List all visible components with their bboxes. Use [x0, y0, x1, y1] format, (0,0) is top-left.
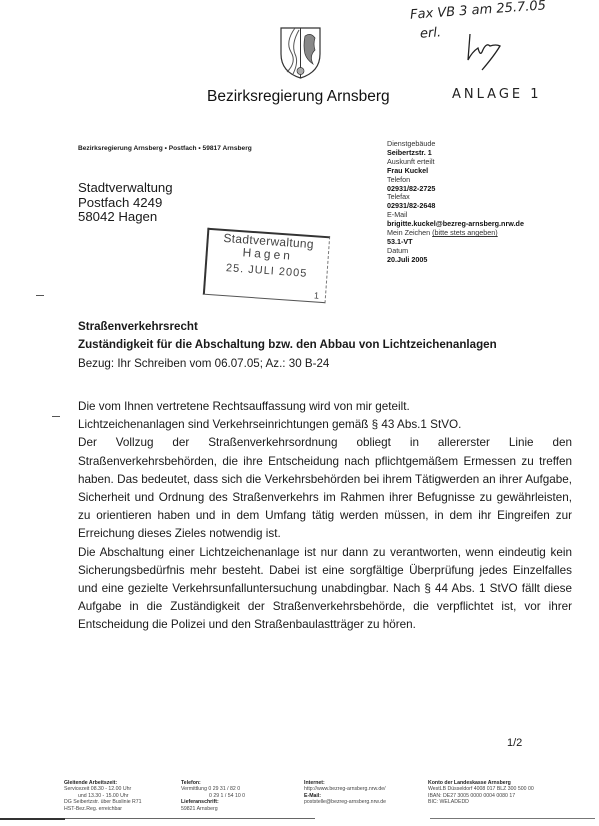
- scan-edge: [65, 818, 315, 819]
- recipient-line: Stadtverwaltung: [78, 181, 173, 196]
- body-paragraph: Der Vollzug der Straßenverkehrsordnung o…: [78, 434, 572, 543]
- footer-hours-title: Gleitende Arbeitszeit:: [64, 780, 117, 786]
- footer-delivery-title: Lieferanschrift:: [181, 799, 219, 805]
- footer-line: HST-Bez.Reg. erreichbar: [64, 806, 142, 812]
- nrw-coat-of-arms-icon: [279, 26, 322, 80]
- recipient-line: 58042 Hagen: [78, 210, 173, 225]
- authority-name: Bezirksregierung Arnsberg: [207, 88, 390, 106]
- footer-phone-title: Telefon:: [181, 780, 201, 786]
- recipient-address: Stadtverwaltung Postfach 4249 58042 Hage…: [78, 181, 173, 225]
- info-label-text: Mein Zeichen: [387, 228, 430, 237]
- footer-email-title: E-Mail:: [304, 793, 321, 799]
- scan-edge: [430, 818, 595, 819]
- footer-line: DG Seibertzstr. über Buslinie R71: [64, 799, 142, 805]
- scan-edge: [0, 818, 65, 820]
- body-paragraph: Die vom Ihnen vertretene Rechtsauffassun…: [78, 398, 572, 416]
- contact-info-block: Dienstgebäude Seibertzstr. 1 Auskunft er…: [387, 140, 524, 265]
- info-value: 02931/82-2648: [387, 202, 524, 211]
- footer-email-link[interactable]: poststelle@bezreg-arnsberg.nrw.de: [304, 799, 386, 805]
- footer-line: WestLB Düsseldorf 4008 017 BLZ 300 500 0…: [428, 786, 534, 792]
- footer-line: BIC: WELADEDD: [428, 799, 534, 805]
- footer-internet: Internet: http://www.bezreg-arnsberg.nrw…: [304, 780, 386, 806]
- info-label-note: (bitte stets angeben): [432, 228, 498, 237]
- subject-category: Straßenverkehrsrecht: [78, 320, 198, 333]
- footer-phone: Telefon: Vermittlung 0 29 31 / 82 0 0 29…: [181, 780, 245, 812]
- body-paragraph: Lichtzeichenanlagen sind Verkehrseinrich…: [78, 416, 572, 434]
- footer-hours: Gleitende Arbeitszeit: Servicezeit 08.30…: [64, 780, 142, 812]
- body-paragraph: Die Abschaltung einer Lichtzeichenanlage…: [78, 544, 572, 635]
- letter-body: Die vom Ihnen vertretene Rechtsauffassun…: [78, 398, 572, 635]
- subject-title: Zuständigkeit für die Abschaltung bzw. d…: [78, 338, 497, 351]
- sender-return-address: Bezirksregierung Arnsberg • Postfach • 5…: [78, 145, 252, 152]
- handwritten-done-note: erl.: [420, 25, 442, 41]
- info-value: 20.Juli 2005: [387, 256, 524, 265]
- stamp-number: 1: [314, 290, 320, 300]
- handwritten-fax-note: Fax VB 3 am 25.7.05: [410, 0, 547, 23]
- punch-mark: [52, 416, 60, 417]
- footer-bank-title: Konto der Landeskasse Arnsberg: [428, 780, 511, 786]
- fold-mark: [36, 295, 44, 296]
- recipient-line: Postfach 4249: [78, 196, 173, 211]
- subject-reference: Bezug: Ihr Schreiben vom 06.07.05; Az.: …: [78, 357, 329, 370]
- signature-icon: [460, 22, 520, 72]
- footer-internet-title: Internet:: [304, 780, 325, 786]
- footer-bank: Konto der Landeskasse Arnsberg WestLB Dü…: [428, 780, 534, 806]
- page-number: 1/2: [507, 737, 522, 749]
- received-stamp: Stadtverwaltung Hagen 25. JULI 2005 1: [203, 228, 330, 303]
- footer-line: 59821 Arnsberg: [181, 806, 245, 812]
- footer-line: Vermittlung 0 29 31 / 82 0: [181, 786, 245, 792]
- footer-line: Servicezeit 08.30 - 12.00 Uhr: [64, 786, 142, 792]
- handwritten-anlage: ANLAGE 1: [452, 87, 542, 102]
